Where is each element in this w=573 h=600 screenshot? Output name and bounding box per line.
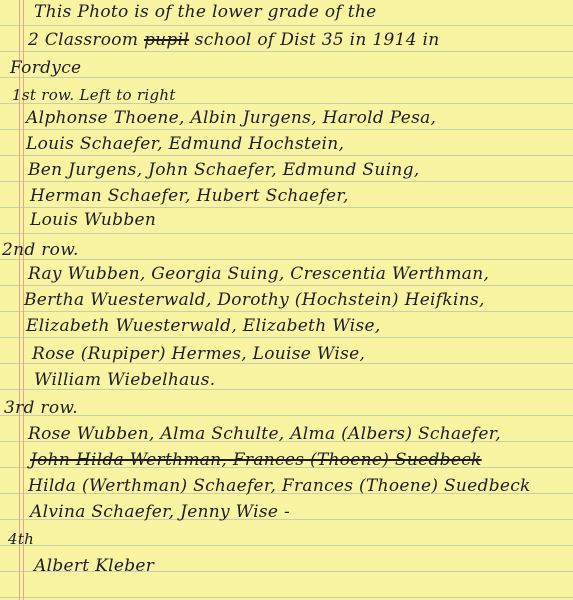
row3-line: Hilda (Werthman) Schaefer, Frances (Thoe… xyxy=(28,476,531,496)
struck-word: pupil xyxy=(144,30,189,50)
row3-line: Rose Wubben, Alma Schulte, Alma (Albers)… xyxy=(28,424,501,444)
row-heading-3: 3rd row. xyxy=(4,398,78,418)
row1-line: Louis Schaefer, Edmund Hochstein, xyxy=(26,134,344,154)
row2-line: Rose (Rupiper) Hermes, Louise Wise, xyxy=(32,344,365,364)
intro-line-2-end: school of Dist 35 in 1914 in xyxy=(189,30,439,50)
intro-line-1: This Photo is of the lower grade of the xyxy=(34,2,376,22)
row2-line: Ray Wubben, Georgia Suing, Crescentia We… xyxy=(28,264,489,284)
row2-line: William Wiebelhaus. xyxy=(34,370,216,390)
intro-line-2-start: 2 Classroom xyxy=(28,30,144,50)
row1-line: Alphonse Thoene, Albin Jurgens, Harold P… xyxy=(26,108,436,128)
intro-line-3: Fordyce xyxy=(10,58,81,78)
row-heading-1: 1st row. Left to right xyxy=(12,86,176,104)
row2-line: Bertha Wuesterwald, Dorothy (Hochstein) … xyxy=(24,290,485,310)
intro-line-2: 2 Classroom pupil school of Dist 35 in 1… xyxy=(28,30,440,50)
row1-line: Herman Schaefer, Hubert Schaefer, xyxy=(30,186,349,206)
row2-line: Elizabeth Wuesterwald, Elizabeth Wise, xyxy=(26,316,381,336)
row3-line: Alvina Schaefer, Jenny Wise - xyxy=(30,502,290,522)
row1-line: Ben Jurgens, John Schaefer, Edmund Suing… xyxy=(28,160,419,180)
row4-line: Albert Kleber xyxy=(34,556,154,576)
legal-pad-page: This Photo is of the lower grade of the … xyxy=(0,0,573,600)
row-heading-4: 4th xyxy=(8,530,34,548)
row3-struck-line: John Hilda Werthman, Frances (Thoene) Su… xyxy=(30,450,482,470)
row1-line: Louis Wubben xyxy=(30,210,156,230)
row-heading-2: 2nd row. xyxy=(2,240,79,260)
